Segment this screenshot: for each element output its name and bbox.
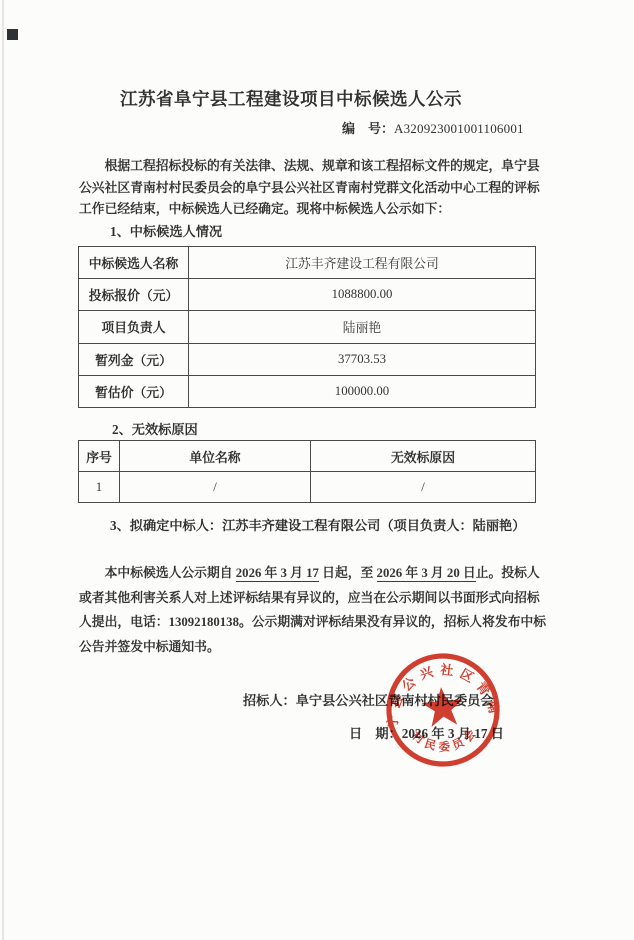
section1-heading: 1、中标候选人情况 (110, 221, 222, 240)
publicity-end-date: 2026 年 3 月 20 日 (377, 566, 476, 582)
intro-line: 根据工程招标投标的有关法律、法规、规章和该工程招标文件的规定，阜宁县 (79, 156, 545, 178)
seal-star-icon (420, 685, 465, 727)
col-header: 无效标原因 (311, 441, 536, 472)
intro-paragraph: 根据工程招标投标的有关法律、法规、规章和该工程招标文件的规定，阜宁县 公兴社区青… (79, 156, 545, 221)
table-row: 1 / / (79, 472, 536, 503)
table-row: 项目负责人 陆丽艳 (79, 311, 536, 343)
intro-line: 工作已经结束，中标候选人已经确定。现将中标候选人公示如下： (79, 199, 545, 221)
row-value: 陆丽艳 (189, 311, 536, 343)
closing-text: 止。投标人 (476, 566, 540, 580)
row-label: 暂估价（元） (79, 375, 189, 407)
scan-edge-line (2, 0, 4, 940)
row-value: 1088800.00 (189, 279, 536, 311)
table-row: 暂估价（元） 100000.00 (79, 375, 536, 407)
closing-text: 日起，至 (319, 566, 377, 580)
doc-number-value: A320923001001106001 (394, 121, 524, 136)
closing-text: 本中标候选人公示期自 (105, 566, 236, 580)
official-seal: 阜宁县公兴社区青南村 村民委员会 (378, 645, 508, 775)
page-title: 江苏省阜宁县工程建设项目中标候选人公示 (0, 86, 608, 112)
publicity-start-date: 2026 年 3 月 17 (236, 566, 319, 582)
corner-mark (7, 29, 18, 40)
closing-line: 本中标候选人公示期自 2026 年 3 月 17 日起，至 2026 年 3 月… (79, 561, 545, 586)
seal-bottom-text: 村民委员会 (409, 723, 483, 757)
row-value: 100000.00 (189, 375, 536, 407)
candidate-info-table: 中标候选人名称 江苏丰齐建设工程有限公司 投标报价（元） 1088800.00 … (78, 246, 536, 408)
section3-heading: 3、拟确定中标人：江苏丰齐建设工程有限公司（项目负责人：陆丽艳） (110, 515, 525, 534)
cell-invalid-reason: / (311, 472, 536, 503)
col-header: 序号 (79, 441, 120, 472)
table-row: 中标候选人名称 江苏丰齐建设工程有限公司 (79, 247, 536, 279)
table-header-row: 序号 单位名称 无效标原因 (79, 441, 536, 472)
cell-seq: 1 (79, 472, 120, 503)
notice-document-page: 江苏省阜宁县工程建设项目中标候选人公示 编 号：A320923001001106… (0, 0, 634, 940)
row-label: 项目负责人 (79, 311, 189, 343)
row-value: 江苏丰齐建设工程有限公司 (189, 247, 536, 279)
row-label: 暂列金（元） (79, 343, 189, 375)
row-label: 投标报价（元） (79, 279, 189, 311)
intro-line: 公兴社区青南村村民委员会的阜宁县公兴社区青南村党群文化活动中心工程的评标 (79, 178, 545, 200)
closing-line: 或者其他利害关系人对上述评标结果有异议的，应当在公示期间以书面形式向招标 (79, 586, 545, 611)
invalid-bid-table: 序号 单位名称 无效标原因 1 / / (78, 440, 536, 503)
row-value: 37703.53 (189, 343, 536, 375)
row-label: 中标候选人名称 (79, 247, 189, 279)
cell-unit-name: / (120, 472, 311, 503)
doc-number-label: 编 号： (342, 121, 394, 136)
col-header: 单位名称 (120, 441, 311, 472)
closing-line: 人提出，电话：13092180138。公示期满对评标结果没有异议的，招标人将发布… (79, 610, 545, 635)
table-row: 暂列金（元） 37703.53 (79, 343, 536, 375)
table-row: 投标报价（元） 1088800.00 (79, 279, 536, 311)
closing-paragraph: 本中标候选人公示期自 2026 年 3 月 17 日起，至 2026 年 3 月… (79, 561, 545, 659)
section2-heading: 2、无效标原因 (112, 419, 198, 438)
doc-number: 编 号：A320923001001106001 (342, 120, 524, 138)
